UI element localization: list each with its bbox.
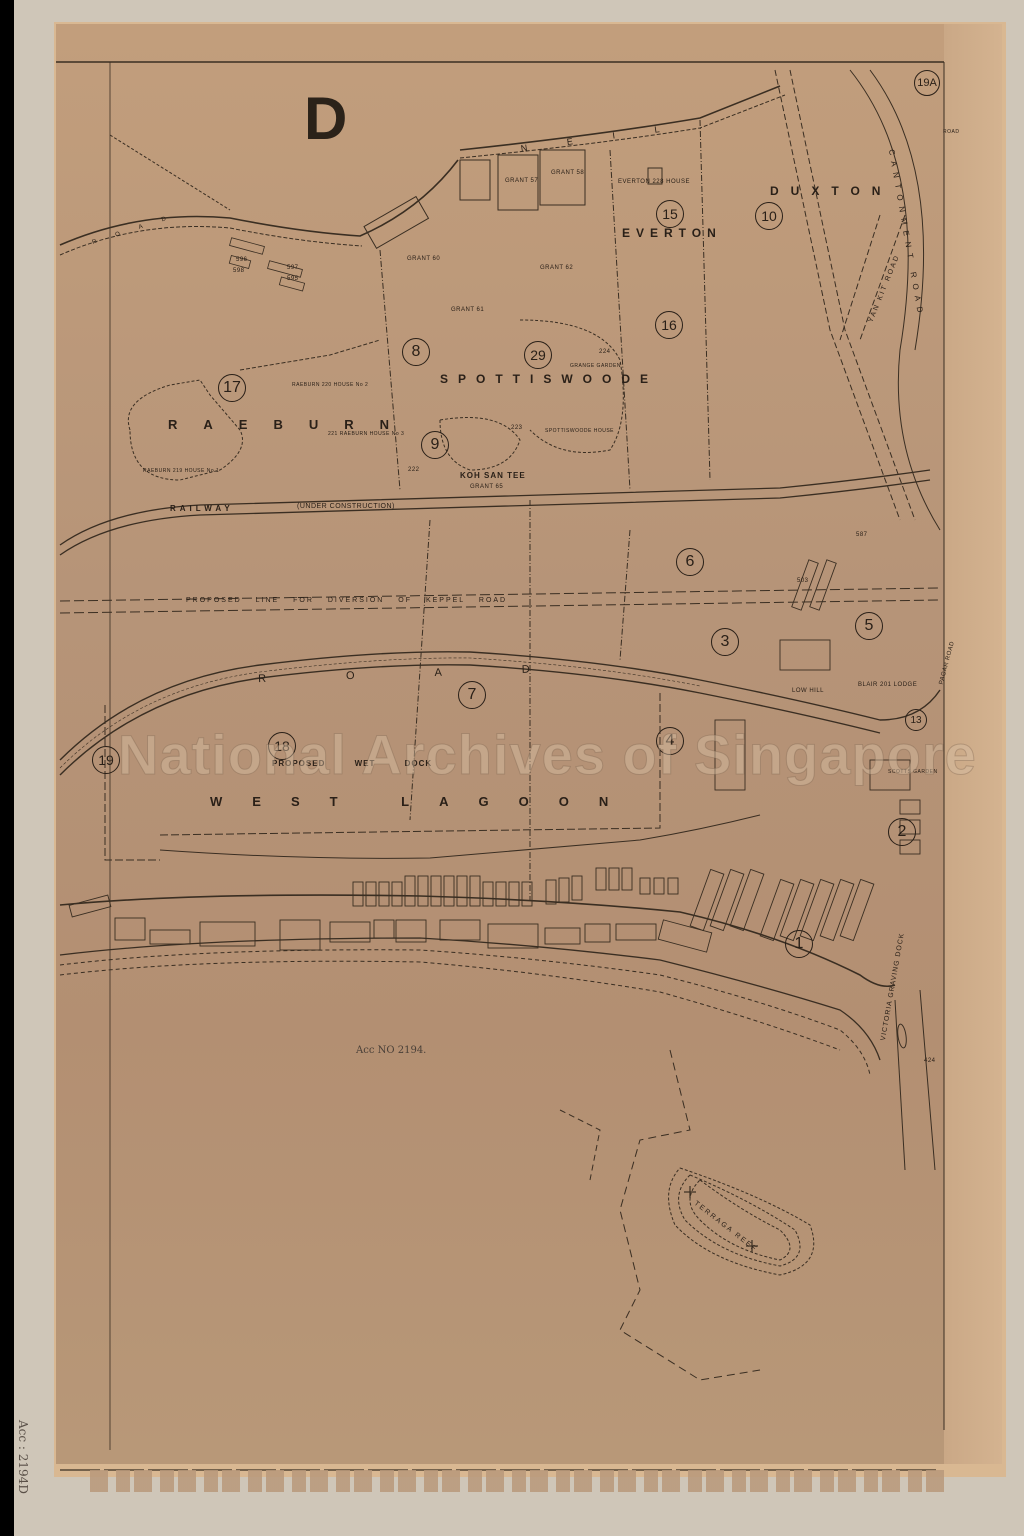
raeburn-house-3-label: 221 RAEBURN HOUSE No 3	[328, 432, 404, 437]
lot-503-label: 503	[797, 578, 809, 584]
grant-62-label: GRANT 62	[540, 265, 573, 271]
lot-circle-29: 29	[524, 341, 552, 369]
grant-57-label: GRANT 57	[505, 178, 538, 184]
accession-margin-note: Acc : 2194D	[16, 1420, 30, 1494]
area-label-west-lagoon: WEST LAGOON	[210, 795, 638, 808]
lot-circle-9: 9	[421, 431, 449, 459]
area-label-spottiswoode: SPOTTISWOODE	[440, 373, 658, 385]
lot-circle-17: 17	[218, 374, 246, 402]
lot-598-label: 598	[233, 268, 245, 274]
grant-60-label: GRANT 60	[407, 256, 440, 262]
road-label-right: ROAD	[943, 130, 959, 135]
everton-house-label: EVERTON 228 HOUSE	[618, 179, 690, 185]
area-label-raeburn: RAEBURN	[168, 418, 415, 431]
lot-circle-16: 16	[655, 311, 683, 339]
lot-223-label: 223	[511, 425, 523, 431]
grant-58-label: GRANT 58	[551, 170, 584, 176]
lot-circle-6: 6	[676, 548, 704, 576]
lot-222-label: 222	[408, 467, 420, 473]
railway-note: (UNDER CONSTRUCTION)	[297, 503, 395, 510]
lot-595-label: 595	[287, 276, 299, 282]
raeburn-house-1-label: RAEBURN 219 HOUSE No 1	[143, 469, 219, 474]
lot-224-label: 224	[599, 349, 611, 355]
lot-597-label: 597	[287, 265, 299, 271]
lot-circle-15: 15	[656, 200, 684, 228]
lot-circle-8: 8	[402, 338, 430, 366]
lot-587-label: 587	[856, 532, 868, 538]
area-label-everton: EVERTON	[622, 227, 722, 239]
proposed-keppel-diversion-label: PROPOSED LINE FOR DIVERSION OF KEPPEL RO…	[186, 597, 507, 604]
lot-circle-10: 10	[755, 202, 783, 230]
area-label-koh-san-tee: KOH SAN TEE	[460, 472, 526, 480]
archive-watermark: National Archives of Singapore	[118, 722, 977, 787]
lot-596-label: 596	[236, 257, 248, 263]
lot-424-label: 424	[924, 1058, 936, 1064]
grant-61-label: GRANT 61	[451, 307, 484, 313]
spottiswoode-house-label: SPOTTISWOODE HOUSE	[545, 429, 614, 434]
accession-note: Acc NO 2194.	[356, 1045, 426, 1056]
raeburn-house-2-label: RAEBURN 220 HOUSE No 2	[292, 383, 368, 388]
lot-circle-19: 19	[92, 746, 120, 774]
railway-label: RAILWAY	[170, 505, 234, 513]
grant-65-label: GRANT 65	[470, 484, 503, 490]
lot-circle-1: 1	[785, 930, 813, 958]
lot-circle-7: 7	[458, 681, 486, 709]
blair-lodge-label: BLAIR 201 LODGE	[858, 682, 917, 688]
sheet-letter: D	[304, 84, 347, 153]
lot-circle-19a: 19A	[914, 70, 940, 96]
lot-circle-3: 3	[711, 628, 739, 656]
grange-garden-label: GRANGE GARDEN	[570, 364, 621, 369]
low-hill-label: LOW HILL	[792, 688, 824, 694]
lot-circle-5: 5	[855, 612, 883, 640]
torn-bottom-edge	[90, 1470, 950, 1492]
area-label-duxton: DUXTON	[770, 185, 892, 197]
lot-circle-2: 2	[888, 818, 916, 846]
